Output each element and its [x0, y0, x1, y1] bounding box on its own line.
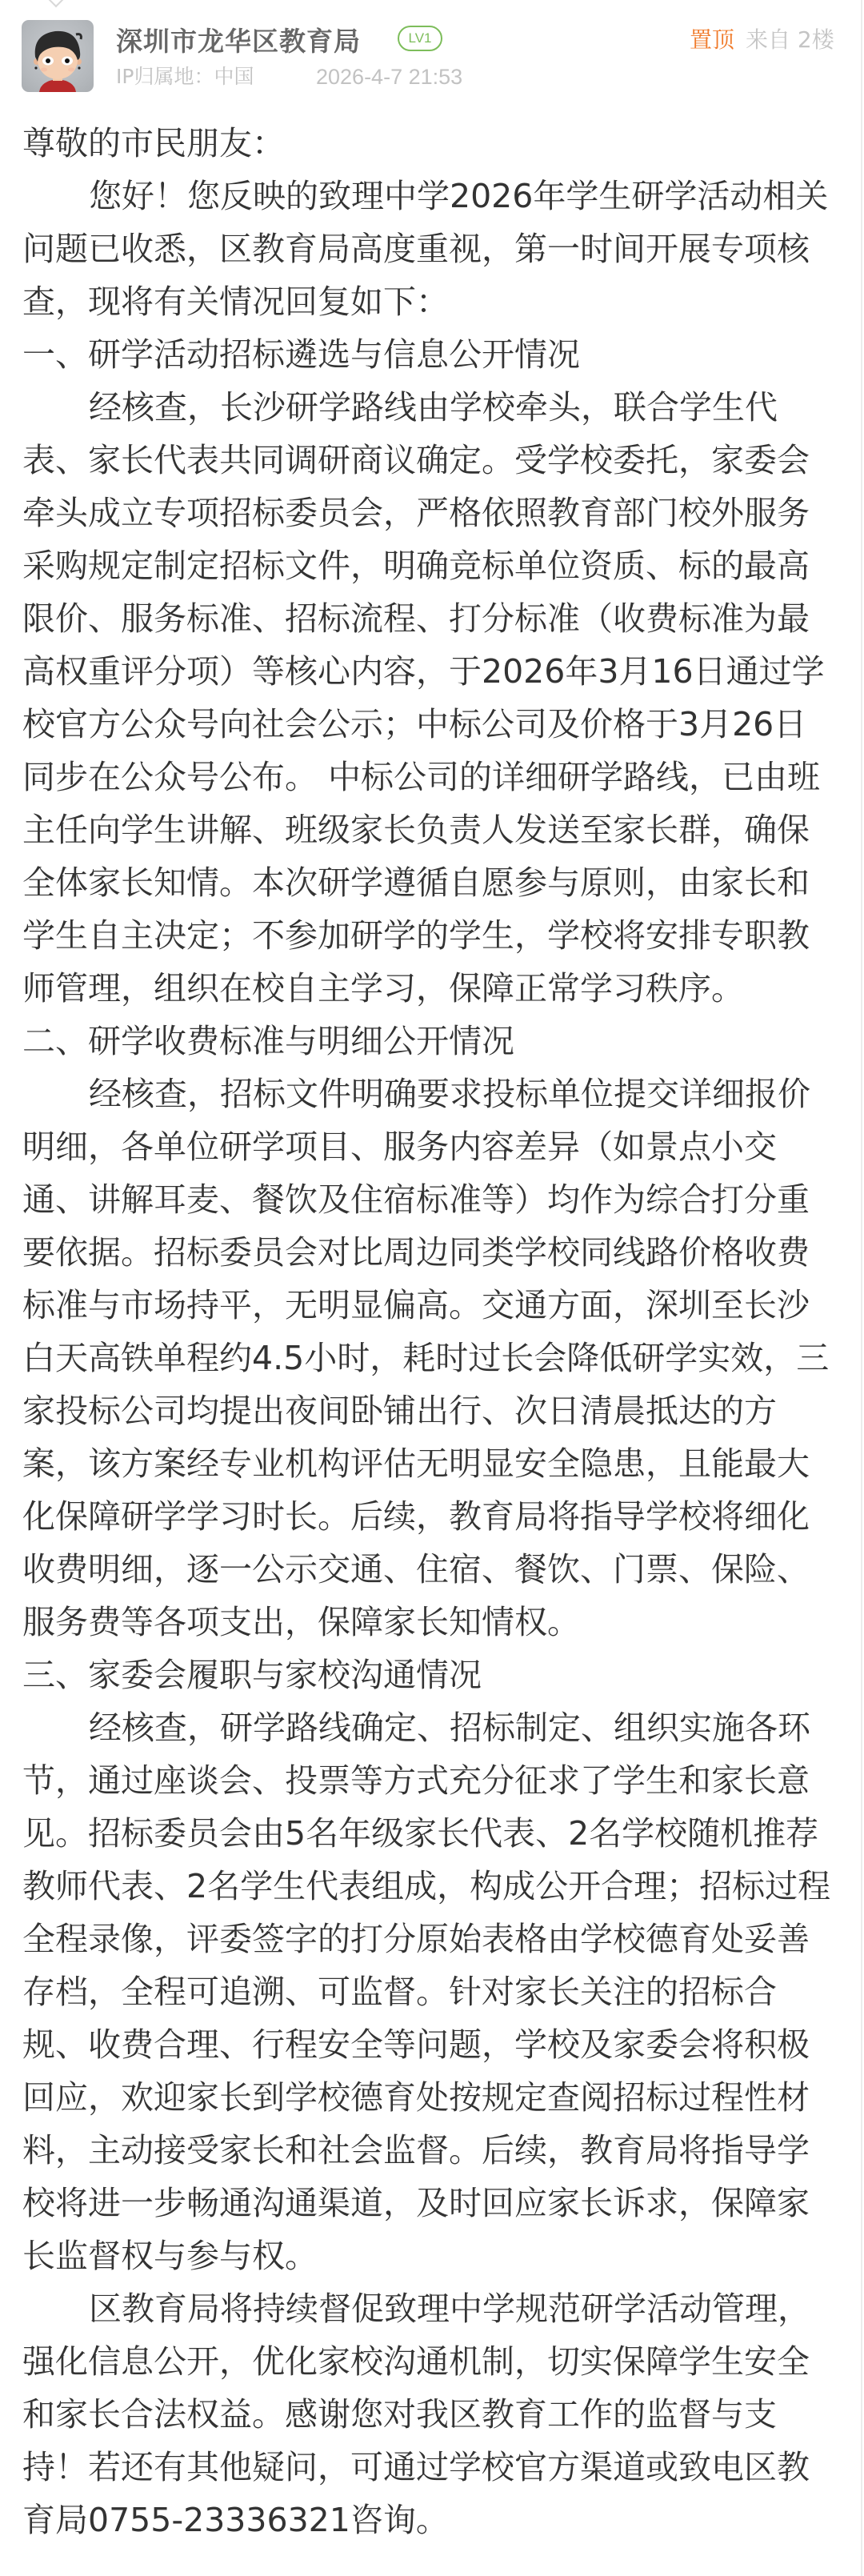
content-line: 校官方公众号向社会公示；中标公司及价格于3月26日	[22, 698, 846, 751]
content-line: 经核查，长沙研学路线由学校牵头，联合学生代	[22, 381, 846, 434]
content-line: 通、讲解耳麦、餐饮及住宿标准等）均作为综合打分重	[22, 1173, 846, 1226]
post-content: 尊敬的市民朋友：您好！您反映的致理中学2026年学生研学活动相关问题已收悉，区教…	[22, 117, 846, 2546]
content-line: 存档，全程可追溯、可监督。针对家长关注的招标合	[22, 1965, 846, 2018]
content-line: 服务费等各项支出，保障家长知情权。	[22, 1596, 846, 1649]
content-line: 化保障研学学习时长。后续，教育局将指导学校将细化	[22, 1490, 846, 1543]
content-line: 白天高铁单程约4.5小时，耗时过长会降低研学实效，三	[22, 1332, 846, 1384]
content-line: 高权重评分项）等核心内容，于2026年3月16日通过学	[22, 645, 846, 698]
content-line: 主任向学生讲解、班级家长负责人发送至家长群，确保	[22, 803, 846, 856]
content-line: 经核查，研学路线确定、招标制定、组织实施各环	[22, 1701, 846, 1754]
content-line: 要依据。招标委员会对比周边同类学校同线路价格收费	[22, 1226, 846, 1279]
content-line: 全程录像，评委签字的打分原始表格由学校德育处妥善	[22, 1913, 846, 1965]
content-line: 案，该方案经专业机构评估无明显安全隐患，且能最大	[22, 1437, 846, 1490]
content-line: 区教育局将持续督促致理中学规范研学活动管理，	[22, 2282, 846, 2335]
post-header: 深圳市龙华区教育局 LV1 IP归属地：中国 2026-4-7 21:53 置顶…	[0, 0, 864, 104]
content-line: 校将进一步畅通沟通渠道，及时回应家长诉求，保障家	[22, 2177, 846, 2229]
pinned-badge: 置顶	[690, 24, 734, 56]
content-line: 师管理，组织在校自主学习，保障正常学习秩序。	[22, 962, 846, 1015]
content-line: 限价、服务标准、招标流程、打分标准（收费标准为最	[22, 592, 846, 645]
content-line: 育局0755-23336321咨询。	[22, 2494, 846, 2546]
content-line: 采购规定制定招标文件，明确竞标单位资质、标的最高	[22, 539, 846, 592]
content-line: 经核查，招标文件明确要求投标单位提交详细报价	[22, 1068, 846, 1120]
floor-source-label: 来自 2楼	[746, 24, 834, 56]
post-timestamp: 2026-4-7 21:53	[316, 64, 462, 90]
content-line: 尊敬的市民朋友：	[22, 117, 846, 170]
content-line: 节，通过座谈会、投票等方式充分征求了学生和家长意	[22, 1754, 846, 1807]
content-line: 学生自主决定；不参加研学的学生，学校将安排专职教	[22, 909, 846, 962]
content-line: 问题已收悉，区教育局高度重视，第一时间开展专项核	[22, 222, 846, 275]
content-line: 全体家长知情。本次研学遵循自愿参与原则，由家长和	[22, 856, 846, 909]
content-line: 收费明细，逐一公示交通、住宿、餐饮、门票、保险、	[22, 1543, 846, 1596]
right-edge-divider	[861, 0, 862, 2576]
content-line: 牵头成立专项招标委员会，严格依照教育部门校外服务	[22, 487, 846, 539]
content-line: 明细，各单位研学项目、服务内容差异（如景点小交	[22, 1120, 846, 1173]
author-name[interactable]: 深圳市龙华区教育局	[116, 24, 361, 59]
content-line: 规、收费合理、行程安全等问题，学校及家委会将积极	[22, 2018, 846, 2071]
content-line: 您好！您反映的致理中学2026年学生研学活动相关	[22, 170, 846, 222]
content-line: 回应，欢迎家长到学校德育处按规定查阅招标过程性材	[22, 2071, 846, 2124]
ip-location: IP归属地：中国	[116, 64, 254, 90]
content-line: 教师代表、2名学生代表组成，构成公开合理；招标过程	[22, 1860, 846, 1913]
content-line: 表、家长代表共同调研商议确定。受学校委托，家委会	[22, 434, 846, 487]
content-line: 查，现将有关情况回复如下：	[22, 275, 846, 328]
content-line: 长监督权与参与权。	[22, 2229, 846, 2282]
content-line: 持！若还有其他疑问，可通过学校官方渠道或致电区教	[22, 2441, 846, 2494]
content-line: 二、研学收费标准与明细公开情况	[22, 1015, 846, 1068]
avatar[interactable]	[22, 20, 94, 92]
content-line: 三、家委会履职与家校沟通情况	[22, 1649, 846, 1701]
level-badge: LV1	[398, 26, 442, 51]
content-line: 一、研学活动招标遴选与信息公开情况	[22, 328, 846, 381]
content-line: 料，主动接受家长和社会监督。后续，教育局将指导学	[22, 2124, 846, 2177]
cartoon-avatar-icon	[22, 20, 94, 92]
content-line: 标准与市场持平，无明显偏高。交通方面，深圳至长沙	[22, 1279, 846, 1332]
content-line: 同步在公众号公布。 中标公司的详细研学路线，已由班	[22, 751, 846, 803]
content-line: 和家长合法权益。感谢您对我区教育工作的监督与支	[22, 2388, 846, 2441]
content-line: 家投标公司均提出夜间卧铺出行、次日清晨抵达的方	[22, 1384, 846, 1437]
content-line: 强化信息公开，优化家校沟通机制，切实保障学生安全	[22, 2335, 846, 2388]
content-line: 见。招标委员会由5名年级家长代表、2名学校随机推荐	[22, 1807, 846, 1860]
